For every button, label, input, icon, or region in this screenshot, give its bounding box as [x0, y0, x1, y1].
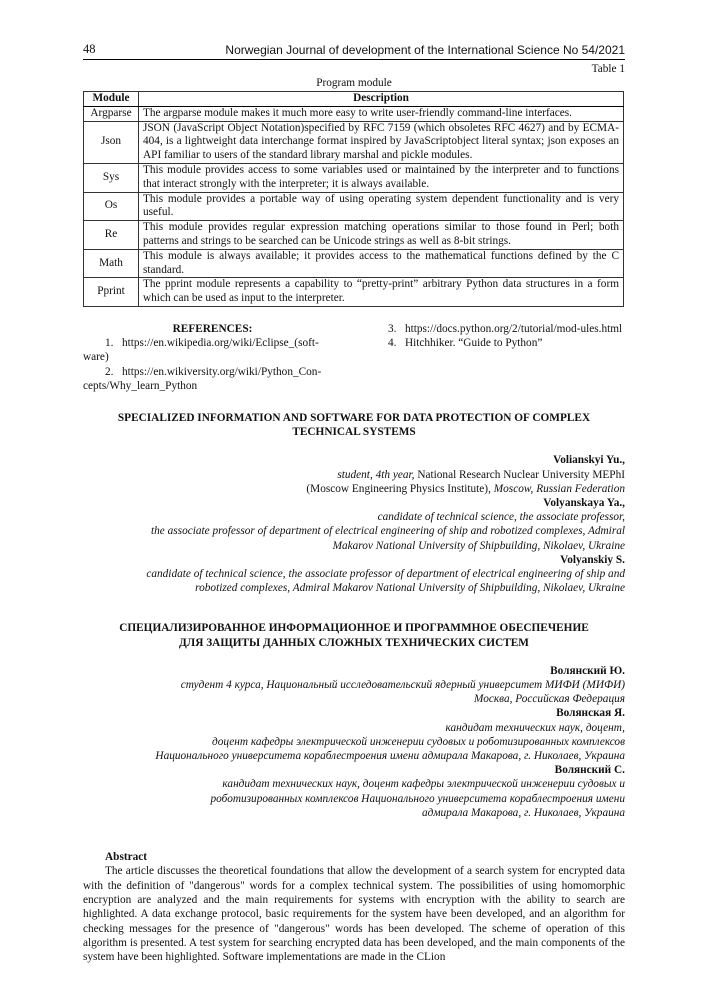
en-author-affiliation-line: robotized complexes, Admiral Makarov Nat… [83, 581, 625, 595]
module-description-cell: This module provides access to some vari… [139, 163, 624, 192]
column-header-module: Module [84, 92, 139, 107]
ru-author-name: Волянская Я. [83, 706, 625, 720]
table-body: ArgparseThe argparse module makes it muc… [84, 106, 624, 306]
en-author-name: Volianskyi Yu., [83, 453, 625, 467]
column-header-description: Description [139, 92, 624, 107]
references-section: REFERENCES: 1. https://en.wikipedia.org/… [83, 322, 625, 393]
affiliation-text: доцент кафедры электрической инженерии с… [212, 736, 625, 748]
reference-item: 2. https://en.wikiversity.org/wiki/Pytho… [83, 365, 342, 393]
ru-author-affiliation-line: студент 4 курса, Национальный исследоват… [83, 678, 625, 692]
en-author-name: Volyanskiy S. [83, 553, 625, 567]
module-name-cell: Argparse [84, 106, 139, 121]
abstract-heading: Abstract [83, 850, 625, 864]
table-row: ArgparseThe argparse module makes it muc… [84, 106, 624, 121]
table-row: JsonJSON (JavaScript Object Notation)spe… [84, 121, 624, 163]
table-header-row: Module Description [84, 92, 624, 107]
ru-author-affiliation-line: кандидат технических наук, доцент кафедр… [83, 777, 625, 791]
module-description-cell: This module is always available; it prov… [139, 249, 624, 278]
authors-russian: Волянский Ю.студент 4 курса, Национальны… [83, 664, 625, 820]
en-author-affiliation-line: candidate of technical science, the asso… [83, 510, 625, 524]
ru-author-name: Волянский С. [83, 763, 625, 777]
module-description-cell: The argparse module makes it much more e… [139, 106, 624, 121]
ru-author-affiliation-line: роботизированных комплексов Национальног… [83, 792, 625, 806]
en-author-affiliation-line: Makarov National University of Shipbuild… [83, 539, 625, 553]
module-name-cell: Sys [84, 163, 139, 192]
references-right-column: 3. https://docs.python.org/2/tutorial/mo… [354, 322, 625, 393]
ru-author-affiliation-line: доцент кафедры электрической инженерии с… [83, 735, 625, 749]
table-label: Table 1 [83, 63, 625, 77]
affiliation-text: student, 4th year, [337, 469, 414, 481]
page-number: 48 [83, 42, 96, 57]
affiliation-text: the associate professor of department of… [151, 525, 625, 537]
ru-author-affiliation-line: Национального университета кораблестроен… [83, 749, 625, 763]
table-caption: Program module [83, 77, 625, 91]
en-author-affiliation-line: the associate professor of department of… [83, 524, 625, 538]
affiliation-text: студент 4 курса, Национальный исследоват… [181, 679, 625, 691]
title-ru-line-1: СПЕЦИАЛИЗИРОВАННОЕ ИНФОРМАЦИОННОЕ И ПРОГ… [93, 621, 615, 635]
program-module-table: Module Description ArgparseThe argparse … [83, 91, 624, 307]
affiliation-text: Makarov National University of Shipbuild… [333, 540, 625, 552]
module-description-cell: This module provides regular expression … [139, 221, 624, 250]
table-row: MathThis module is always available; it … [84, 249, 624, 278]
module-name-cell: Re [84, 221, 139, 250]
running-header: 48 Norwegian Journal of development of t… [83, 38, 625, 60]
abstract-body: The article discusses the theoretical fo… [83, 864, 625, 964]
ru-author-affiliation-line: кандидат технических наук, доцент, [83, 721, 625, 735]
table-row: PprintThe pprint module represents a cap… [84, 278, 624, 307]
affiliation-text: кандидат технических наук, доцент кафедр… [222, 778, 625, 790]
en-author-affiliation-line: (Moscow Engineering Physics Institute), … [83, 482, 625, 496]
table-row: OsThis module provides a portable way of… [84, 192, 624, 221]
affiliation-text: кандидат технических наук, доцент, [445, 722, 625, 734]
affiliation-text: Москва, Российская Федерация [474, 693, 625, 705]
ru-author-name: Волянский Ю. [83, 664, 625, 678]
module-name-cell: Pprint [84, 278, 139, 307]
en-author-affiliation-line: student, 4th year, National Research Nuc… [83, 468, 625, 482]
authors-english: Volianskyi Yu.,student, 4th year, Nation… [83, 453, 625, 595]
module-name-cell: Math [84, 249, 139, 278]
en-author-affiliation-line: candidate of technical science, the asso… [83, 567, 625, 581]
journal-page: 48 Norwegian Journal of development of t… [83, 38, 625, 964]
reference-item: 4. Hitchhiker. “Guide to Python” [366, 336, 625, 350]
reference-item: 3. https://docs.python.org/2/tutorial/mo… [366, 322, 625, 336]
article-title-english: SPECIALIZED INFORMATION AND SOFTWARE FOR… [83, 411, 625, 439]
module-name-cell: Json [84, 121, 139, 163]
affiliation-text: candidate of technical science, the asso… [378, 511, 625, 523]
affiliation-text: роботизированных комплексов Национальног… [211, 793, 625, 805]
journal-title: Norwegian Journal of development of the … [225, 43, 625, 57]
affiliation-text: (Moscow Engineering Physics Institute), [306, 483, 493, 495]
references-left-column: REFERENCES: 1. https://en.wikipedia.org/… [83, 322, 354, 393]
table-row: ReThis module provides regular expressio… [84, 221, 624, 250]
module-name-cell: Os [84, 192, 139, 221]
affiliation-text: National Research Nuclear University MEP… [415, 469, 626, 481]
affiliation-text: Moscow, Russian Federation [494, 483, 625, 495]
affiliation-text: Национального университета кораблестроен… [155, 750, 625, 762]
en-author-name: Volyanskaya Ya., [83, 496, 625, 510]
abstract-section: Abstract The article discusses the theor… [83, 850, 625, 964]
module-description-cell: JSON (JavaScript Object Notation)specifi… [139, 121, 624, 163]
table-row: SysThis module provides access to some v… [84, 163, 624, 192]
title-ru-line-2: ДЛЯ ЗАЩИТЫ ДАННЫХ СЛОЖНЫХ ТЕХНИЧЕСКИХ СИ… [93, 636, 615, 650]
references-heading: REFERENCES: [83, 322, 342, 336]
module-description-cell: The pprint module represents a capabilit… [139, 278, 624, 307]
affiliation-text: candidate of technical science, the asso… [146, 568, 625, 580]
article-title-russian: СПЕЦИАЛИЗИРОВАННОЕ ИНФОРМАЦИОННОЕ И ПРОГ… [83, 621, 625, 649]
affiliation-text: robotized complexes, Admiral Makarov Nat… [195, 582, 625, 594]
ru-author-affiliation-line: адмирала Макарова, г. Николаев, Украина [83, 806, 625, 820]
module-description-cell: This module provides a portable way of u… [139, 192, 624, 221]
reference-item: 1. https://en.wikipedia.org/wiki/Eclipse… [83, 336, 342, 364]
ru-author-affiliation-line: Москва, Российская Федерация [83, 692, 625, 706]
affiliation-text: адмирала Макарова, г. Николаев, Украина [422, 807, 625, 819]
